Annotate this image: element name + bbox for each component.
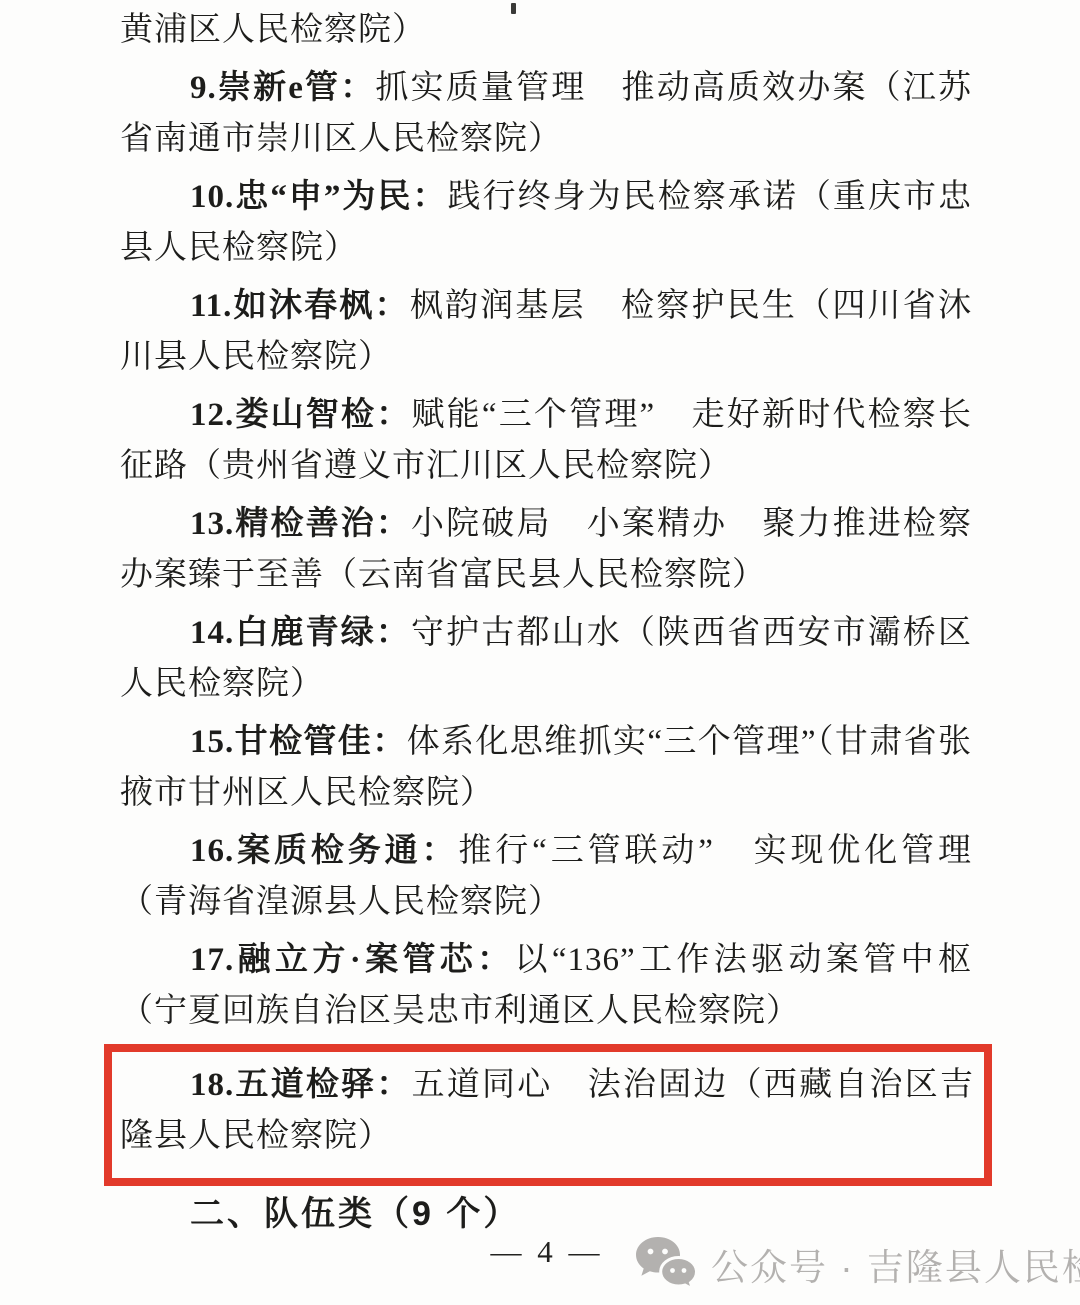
item-label: 10.忠“申”为民： [190,179,448,215]
list-item-17: 17.融立方·案管芯：以“136”工作法驱动案管中枢（宁夏回族自治区吴忠市利通区… [120,935,972,1037]
item-label: 16.案质检务通： [190,833,458,869]
item-label: 14.白鹿青绿： [190,615,411,651]
watermark-text: 公众号 · 吉隆县人民检察院 [711,1237,1080,1291]
list-item-18: 18.五道检驿：五道同心 法治固边（西藏自治区吉隆县人民检察院） [120,1060,974,1162]
item-label: 18.五道检驿： [190,1067,412,1103]
highlight-box: 18.五道检驿：五道同心 法治固边（西藏自治区吉隆县人民检察院） [104,1044,992,1186]
wechat-icon [634,1236,698,1292]
document-page: 黄浦区人民检察院） 9.崇新e管：抓实质量管理 推动高质效办案（江苏省南通市崇川… [0,0,1080,1305]
item-label: 12.娄山智检： [190,397,411,433]
watermark: 公众号 · 吉隆县人民检察院 [634,1236,1080,1292]
section-heading: 二、队伍类（9 个） [120,1192,972,1236]
list-item-9: 9.崇新e管：抓实质量管理 推动高质效办案（江苏省南通市崇川区人民检察院） [120,63,972,165]
list-item-16: 16.案质检务通：推行“三管联动” 实现优化管理（青海省湟源县人民检察院） [120,826,972,928]
item-label: 9.崇新e管： [190,70,375,106]
item-label: 17.融立方·案管芯： [190,942,515,978]
list-item-15: 15.甘检管佳：体系化思维抓实“三个管理”（甘肃省张掖市甘州区人民检察院） [120,717,972,819]
list-item-14: 14.白鹿青绿：守护古都山水（陕西省西安市灞桥区人民检察院） [120,608,972,710]
item-label: 15.甘检管佳： [190,724,407,760]
list-item-10: 10.忠“申”为民：践行终身为民检察承诺（重庆市忠县人民检察院） [120,172,972,274]
item-label: 13.精检善治： [190,506,411,542]
continuation-line: 黄浦区人民检察院） [120,5,972,56]
item-label: 11.如沐春枫： [190,288,410,324]
list-item-11: 11.如沐春枫：枫韵润基层 检察护民生（四川省沐川县人民检察院） [120,281,972,383]
document-body: 黄浦区人民检察院） 9.崇新e管：抓实质量管理 推动高质效办案（江苏省南通市崇川… [0,0,1080,1243]
list-item-12: 12.娄山智检：赋能“三个管理” 走好新时代检察长征路（贵州省遵义市汇川区人民检… [120,390,972,492]
list-item-13: 13.精检善治：小院破局 小案精办 聚力推进检察办案臻于至善（云南省富民县人民检… [120,499,972,601]
